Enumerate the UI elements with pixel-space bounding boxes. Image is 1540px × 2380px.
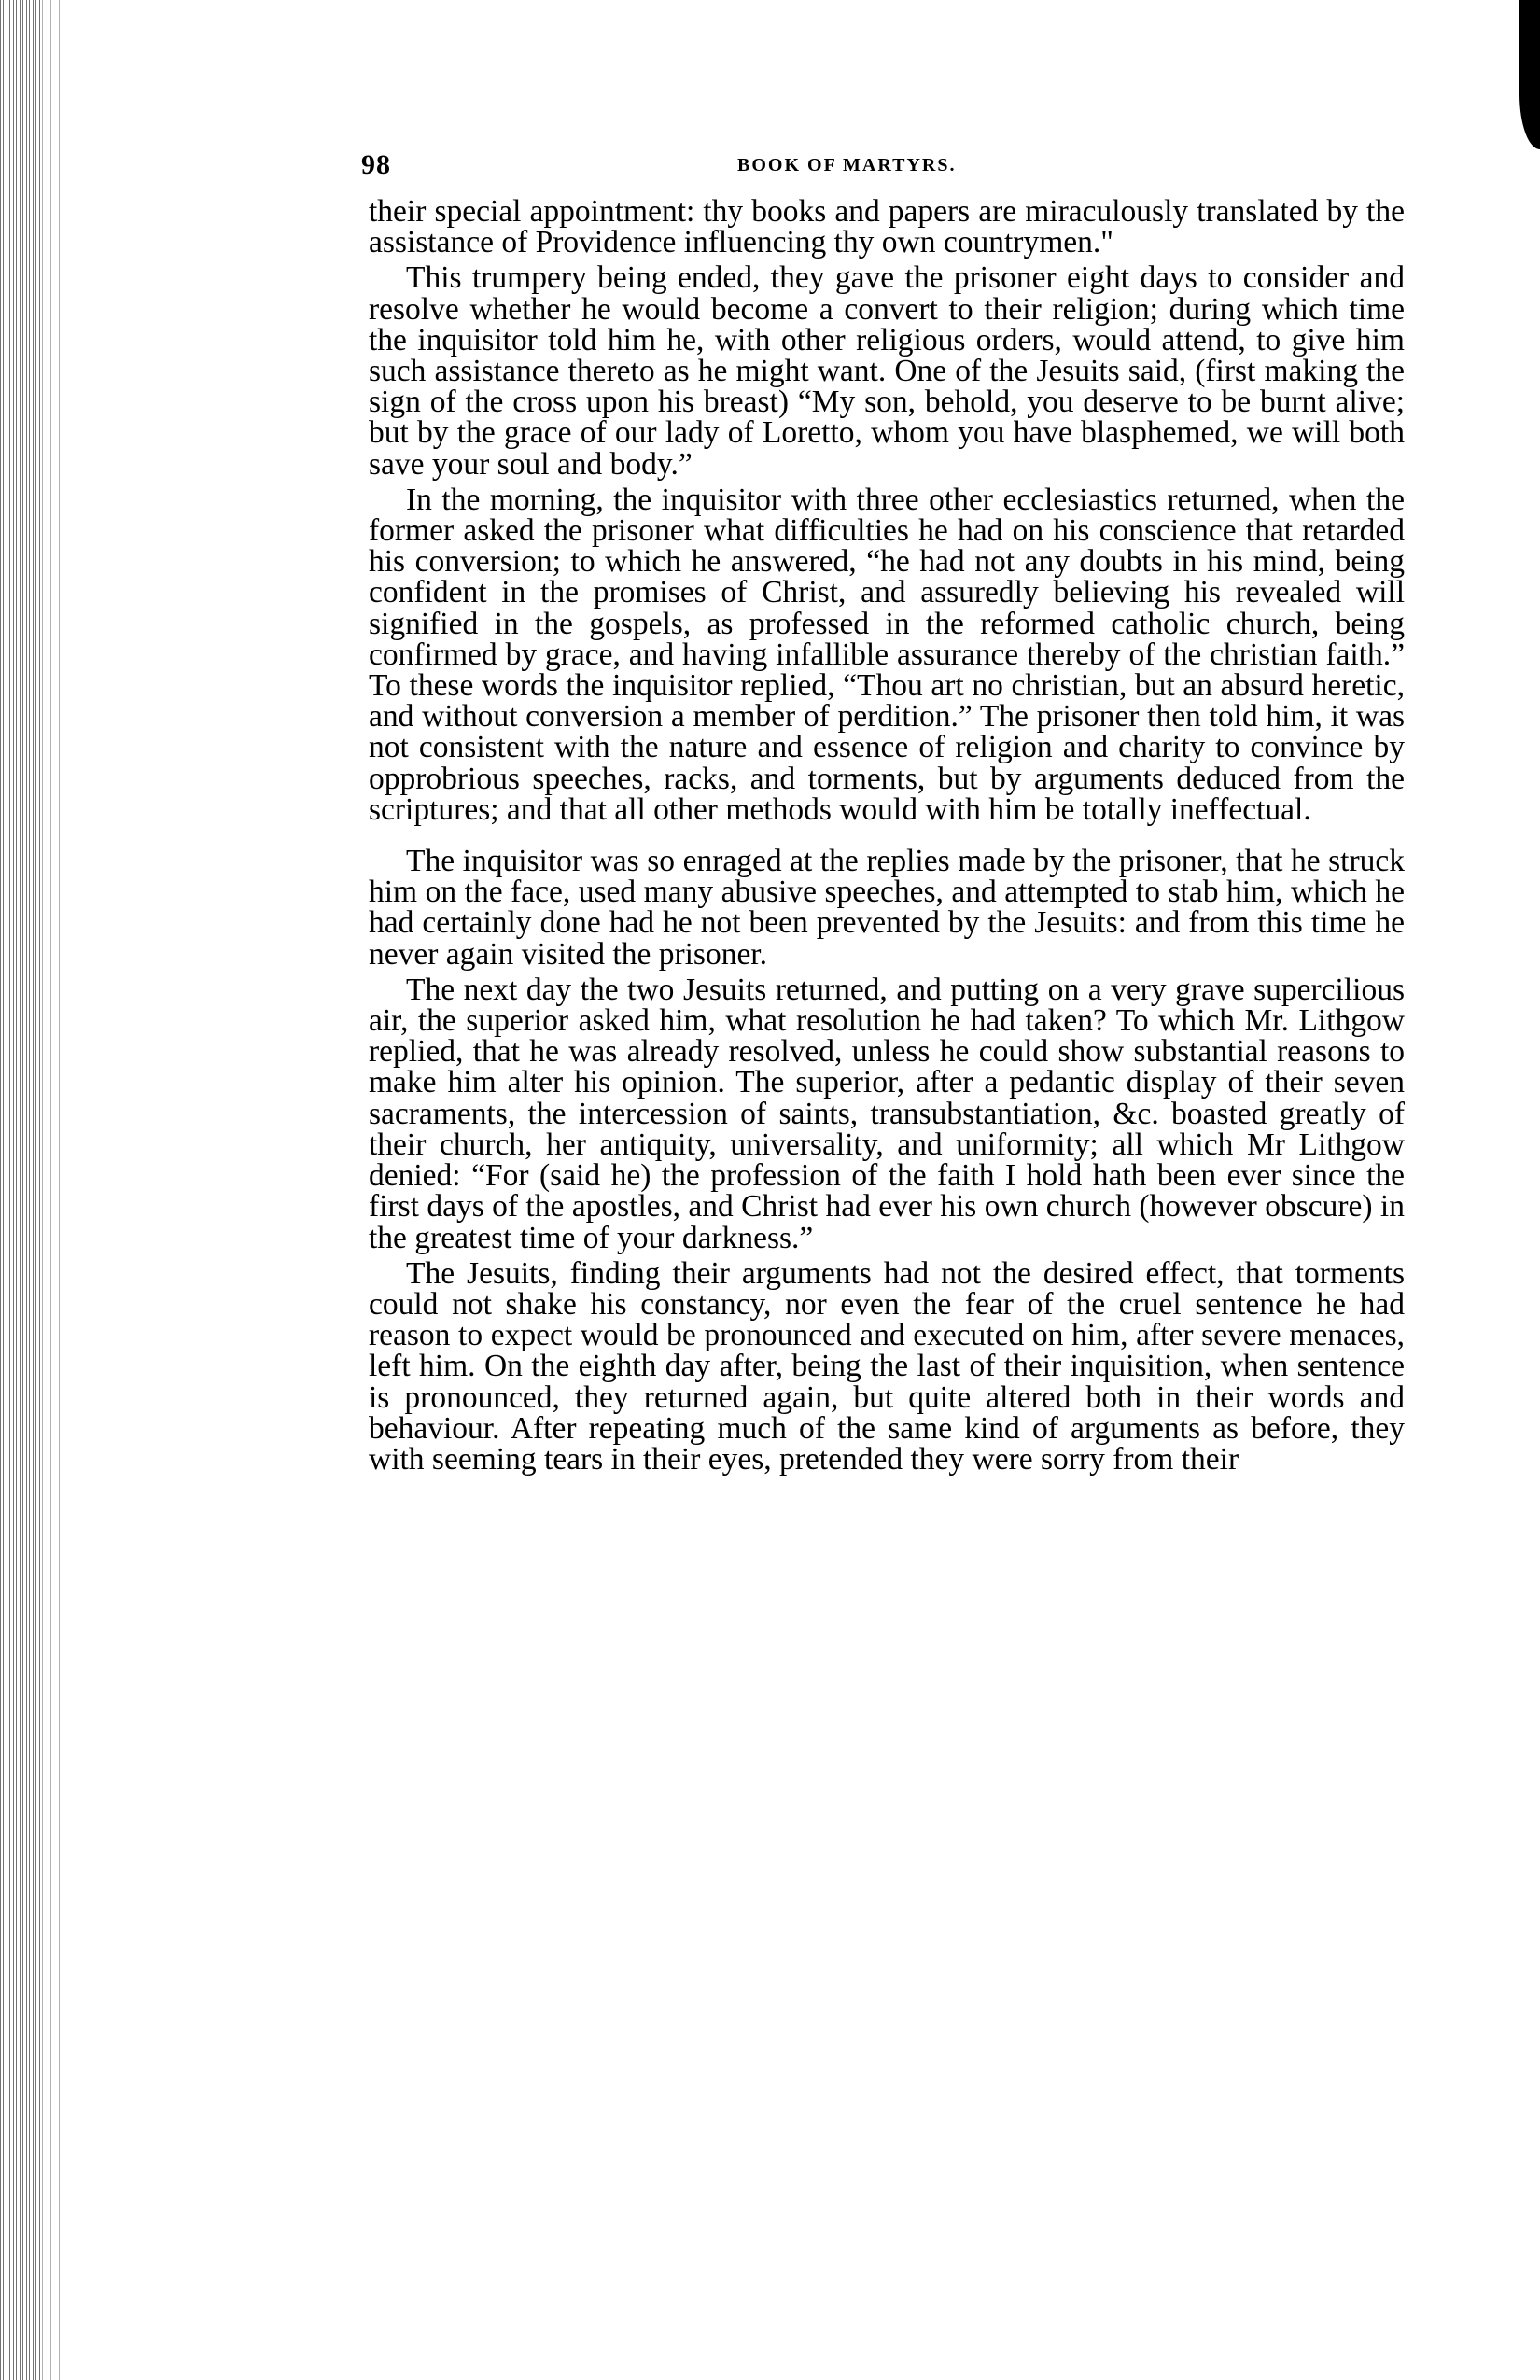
scan-binding-edge-left bbox=[0, 0, 42, 2380]
paragraph-trumpery: This trumpery being ended, they gave the… bbox=[369, 262, 1405, 479]
scan-binding-edge-left-faint bbox=[42, 0, 61, 2380]
paragraph-jesuits-finding: The Jesuits, finding their arguments had… bbox=[369, 1258, 1405, 1475]
body-text: their special appointment: thy books and… bbox=[369, 196, 1405, 1475]
paragraph-enraged: The inquisitor was so enraged at the rep… bbox=[369, 846, 1405, 970]
scan-shadow-corner-right bbox=[1519, 0, 1540, 149]
book-page: 98 BOOK OF MARTYRS. their special appoin… bbox=[369, 149, 1405, 1475]
paragraph-continuation: their special appointment: thy books and… bbox=[369, 196, 1405, 258]
running-head: 98 BOOK OF MARTYRS. bbox=[369, 149, 1405, 187]
page-number: 98 bbox=[361, 149, 391, 181]
running-title: BOOK OF MARTYRS. bbox=[737, 155, 956, 176]
paragraph-next-day: The next day the two Jesuits returned, a… bbox=[369, 974, 1405, 1253]
paragraph-morning: In the morning, the inquisitor with thre… bbox=[369, 484, 1405, 825]
